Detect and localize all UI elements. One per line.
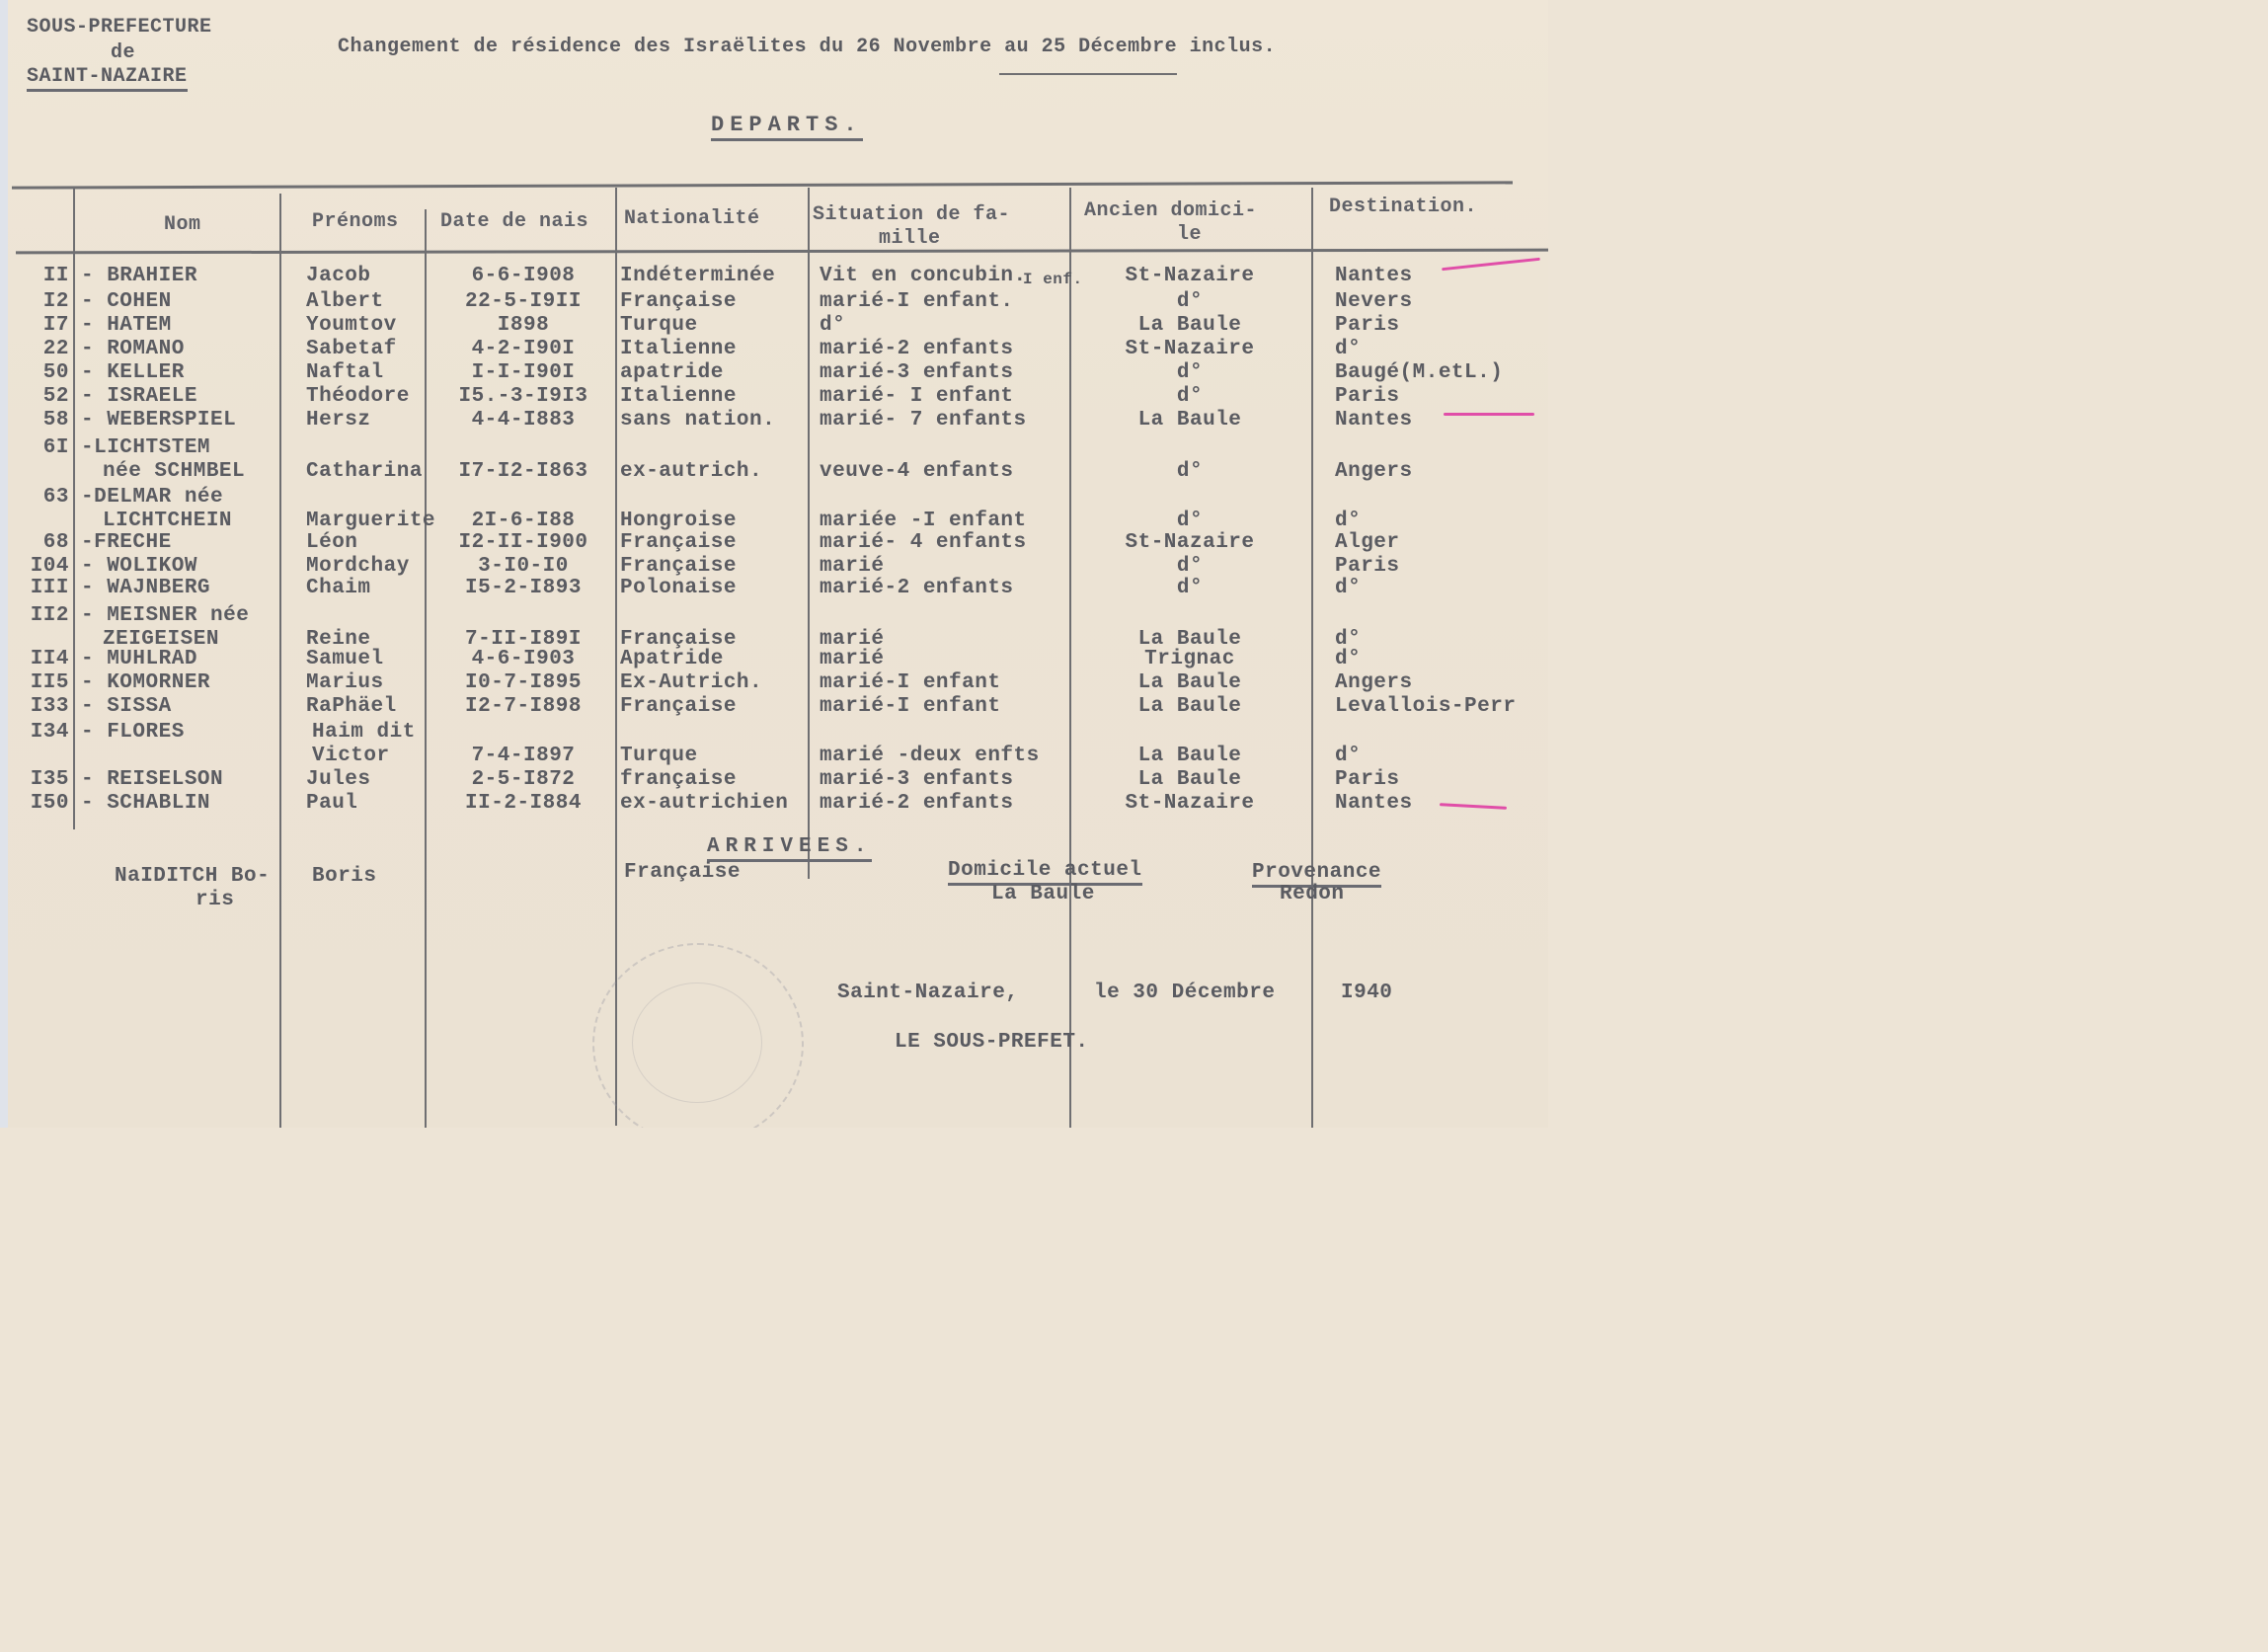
col-rule-1: [73, 188, 75, 829]
row-situation: marié-I enfant: [820, 695, 1000, 718]
row-number: I33: [0, 695, 69, 718]
row-number: III: [0, 577, 69, 599]
arrivee-domicile-value: La Baule: [991, 883, 1095, 905]
row-date: 4-4-I883: [434, 409, 612, 432]
row-nom: - HATEM: [81, 314, 172, 337]
row-nom: - KELLER: [81, 361, 185, 384]
row-number: I35: [0, 768, 69, 791]
row-prenoms-line-2: Victor: [312, 745, 390, 767]
row-nom: - WEBERSPIEL: [81, 409, 236, 432]
row-date: 3-I0-I0: [434, 555, 612, 578]
arrivee-domicile-label: Domicile actuel: [948, 859, 1142, 882]
footer-place: Saint-Nazaire,: [837, 982, 1018, 1004]
pink-mark-2: [1444, 413, 1534, 416]
row-ancien: La Baule: [1076, 768, 1303, 791]
col-rule-5: [808, 188, 810, 879]
row-nom: -LICHTSTEM: [81, 436, 210, 459]
row-date: I2-II-I900: [434, 531, 612, 554]
row-date: 4-6-I903: [434, 648, 612, 670]
row-prenoms: RaPhäel: [306, 695, 397, 718]
row-nom: - REISELSON: [81, 768, 223, 791]
row-ancien: La Baule: [1076, 745, 1303, 767]
row-prenoms: Jacob: [306, 265, 371, 287]
row-number: II2: [0, 604, 69, 627]
row-ancien: La Baule: [1076, 314, 1303, 337]
row-nom: - MUHLRAD: [81, 648, 197, 670]
row-nationalite: Turque: [620, 314, 698, 337]
row-nationalite: Turque: [620, 745, 698, 767]
col-header-nom: Nom: [164, 213, 201, 236]
row-nationalite: Apatride: [620, 648, 724, 670]
row-ancien: St-Nazaire: [1076, 338, 1303, 360]
row-ancien: d°: [1076, 385, 1303, 408]
row-destination: Levallois-Perr: [1335, 695, 1516, 718]
arrivee-nom-1: NaIDITCH Bo-: [115, 865, 270, 888]
row-nom: - WOLIKOW: [81, 555, 197, 578]
row-nationalite: Française: [620, 290, 737, 313]
row-date: 6-6-I908: [434, 265, 612, 287]
row-number: I7: [0, 314, 69, 337]
row-number: 22: [0, 338, 69, 360]
row-ancien: La Baule: [1076, 671, 1303, 694]
row-situation: d°: [820, 314, 845, 337]
row-ancien: St-Nazaire: [1076, 531, 1303, 554]
col-header-destination: Destination.: [1329, 196, 1477, 218]
col-header-prenoms: Prénoms: [312, 210, 399, 233]
row-destination: Paris: [1335, 314, 1400, 337]
document-title: Changement de résidence des Israëlites d…: [338, 36, 1276, 58]
row-number: 6I: [0, 436, 69, 459]
row-ancien: St-Nazaire: [1076, 265, 1303, 287]
row-prenoms: Albert: [306, 290, 384, 313]
row-situation: marié: [820, 555, 885, 578]
row-date: I898: [434, 314, 612, 337]
row-nom: - COHEN: [81, 290, 172, 313]
col-header-date: Date de nais: [440, 210, 588, 233]
office-name-underlined: SAINT-NAZAIRE: [27, 65, 188, 92]
row-situation: marié-2 enfants: [820, 792, 1014, 815]
row-ancien: St-Nazaire: [1076, 792, 1303, 815]
row-nom-line-2: LICHTCHEIN: [103, 510, 232, 532]
row-situation: marié- I enfant: [820, 385, 1014, 408]
row-nom: - SISSA: [81, 695, 172, 718]
row-prenoms: Chaim: [306, 577, 371, 599]
row-nationalite: ex-autrich.: [620, 460, 762, 483]
row-date: I0-7-I895: [434, 671, 612, 694]
row-date: 2-5-I872: [434, 768, 612, 791]
section-arrivees-label: ARRIVEES.: [707, 835, 872, 862]
row-nom: - BRAHIER: [81, 265, 197, 287]
row-prenoms: Théodore: [306, 385, 410, 408]
arrivee-provenance-value: Redon: [1280, 883, 1345, 905]
section-departs: DEPARTS.: [711, 113, 863, 137]
row-prenoms: Haim dit: [312, 721, 416, 744]
row-ancien: Trignac: [1076, 648, 1303, 670]
row-ancien: d°: [1076, 460, 1303, 483]
arrivee-nom-2: ris: [196, 889, 234, 911]
row-situation: veuve-4 enfants: [820, 460, 1014, 483]
row-ancien: d°: [1076, 555, 1303, 578]
row-situation: marié- 4 enfants: [820, 531, 1027, 554]
row-prenoms: Hersz: [306, 409, 371, 432]
row-number: II: [0, 265, 69, 287]
row-nationalite: apatride: [620, 361, 724, 384]
row-number: 52: [0, 385, 69, 408]
col-rule-2: [279, 194, 281, 1128]
row-ancien: d°: [1076, 290, 1303, 313]
row-nom-line-2: née SCHMBEL: [103, 460, 245, 483]
row-nationalite: sans nation.: [620, 409, 775, 432]
row-nationalite: française: [620, 768, 737, 791]
col-header-nationalite: Nationalité: [624, 207, 760, 230]
col-header-ancien-2: le: [1177, 223, 1202, 246]
row-situation: marié-I enfant: [820, 671, 1000, 694]
row-situation: marié: [820, 648, 885, 670]
row-situation: mariée -I enfant: [820, 510, 1027, 532]
office-line-2: de: [111, 41, 135, 64]
row-destination: d°: [1335, 338, 1361, 360]
footer-date: le 30 Décembre: [1094, 982, 1275, 1004]
col-rule-7: [1311, 188, 1313, 1128]
document-page: [8, 0, 1548, 1128]
office-line-1: SOUS-PREFECTURE: [27, 16, 212, 39]
row-situation: marié-3 enfants: [820, 768, 1014, 791]
row-number: I2: [0, 290, 69, 313]
row-nationalite: Ex-Autrich.: [620, 671, 762, 694]
row-nationalite: Polonaise: [620, 577, 737, 599]
row-nom: -DELMAR née: [81, 486, 223, 509]
row-destination: Nantes: [1335, 409, 1413, 432]
row-nom: - ROMANO: [81, 338, 185, 360]
row-date: 4-2-I90I: [434, 338, 612, 360]
row-destination: Paris: [1335, 555, 1400, 578]
row-nom: - MEISNER née: [81, 604, 249, 627]
row-destination: d°: [1335, 577, 1361, 599]
row-number: 50: [0, 361, 69, 384]
office-line-3: SAINT-NAZAIRE: [27, 65, 188, 88]
row-destination: d°: [1335, 745, 1361, 767]
row-destination: Alger: [1335, 531, 1400, 554]
row-number: I04: [0, 555, 69, 578]
row-nationalite: Italienne: [620, 338, 737, 360]
row-date: II-2-I884: [434, 792, 612, 815]
title-underline: [999, 73, 1177, 75]
row-destination: d°: [1335, 510, 1361, 532]
row-prenoms: Paul: [306, 792, 357, 815]
row-number: 58: [0, 409, 69, 432]
row-nom: - FLORES: [81, 721, 185, 744]
row-prenoms: Mordchay: [306, 555, 410, 578]
footer-signature: LE SOUS-PREFET.: [895, 1031, 1089, 1054]
row-date: I7-I2-I863: [434, 460, 612, 483]
row-situation: marié-I enfant.: [820, 290, 1014, 313]
row-date: I5-2-I893: [434, 577, 612, 599]
row-situation: marié -deux enfts: [820, 745, 1040, 767]
row-nationalite: Française: [620, 555, 737, 578]
row-prenoms: Marguerite: [306, 510, 435, 532]
col-rule-3: [425, 209, 427, 1128]
section-arrivees: ARRIVEES.: [707, 835, 872, 858]
col-rule-6: [1069, 188, 1071, 1128]
row-destination: Angers: [1335, 460, 1413, 483]
row-number: II5: [0, 671, 69, 694]
row-number: II4: [0, 648, 69, 670]
row-situation: marié-3 enfants: [820, 361, 1014, 384]
row-nationalite: Hongroise: [620, 510, 737, 532]
row-nationalite: Indéterminée: [620, 265, 775, 287]
row-number: 68: [0, 531, 69, 554]
row-date: 2I-6-I88: [434, 510, 612, 532]
row-date: 22-5-I9II: [434, 290, 612, 313]
row-destination: Paris: [1335, 768, 1400, 791]
row-situation: Vit en concubin.: [820, 265, 1027, 287]
row-nom: - ISRAELE: [81, 385, 197, 408]
domicile-label-text: Domicile actuel: [948, 859, 1142, 886]
row-ancien: d°: [1076, 577, 1303, 599]
row-nationalite: Italienne: [620, 385, 737, 408]
row-nom: - WAJNBERG: [81, 577, 210, 599]
arrivee-provenance-label: Provenance: [1252, 861, 1381, 884]
row-prenoms: Léon: [306, 531, 357, 554]
row-situation: marié- 7 enfants: [820, 409, 1027, 432]
row-nom: - SCHABLIN: [81, 792, 210, 815]
row-prenoms: Catharina: [306, 460, 423, 483]
row-prenoms: Marius: [306, 671, 384, 694]
row-ancien: La Baule: [1076, 695, 1303, 718]
section-departs-label: DEPARTS.: [711, 113, 863, 141]
row-nom: -FRECHE: [81, 531, 172, 554]
col-header-ancien-1: Ancien domici-: [1084, 199, 1257, 222]
footer-year: I940: [1341, 982, 1392, 1004]
row-number: 63: [0, 486, 69, 509]
row-date: I-I-I90I: [434, 361, 612, 384]
col-header-situation-1: Situation de fa-: [813, 203, 1010, 226]
row-prenoms: Samuel: [306, 648, 384, 670]
row-prenoms: Youmtov: [306, 314, 397, 337]
row-ancien: La Baule: [1076, 409, 1303, 432]
row-date: 7-4-I897: [434, 745, 612, 767]
row-ancien: d°: [1076, 510, 1303, 532]
row-date: I2-7-I898: [434, 695, 612, 718]
row-nationalite: Française: [620, 531, 737, 554]
row-ancien: d°: [1076, 361, 1303, 384]
row-destination: Nevers: [1335, 290, 1413, 313]
row-nationalite: ex-autrichien: [620, 792, 788, 815]
row-destination: Paris: [1335, 385, 1400, 408]
row-nom: - KOMORNER: [81, 671, 210, 694]
row-situation-note: I enf.: [1023, 271, 1083, 288]
row-situation: marié-2 enfants: [820, 338, 1014, 360]
row-destination: Angers: [1335, 671, 1413, 694]
row-number: I34: [0, 721, 69, 744]
row-destination: Baugé(M.etL.): [1335, 361, 1503, 384]
arrivee-prenoms: Boris: [312, 865, 377, 888]
row-date: I5.-3-I9I3: [434, 385, 612, 408]
arrivee-nationalite: Française: [624, 861, 741, 884]
row-prenoms: Sabetaf: [306, 338, 397, 360]
col-header-situation-2: mille: [879, 227, 941, 250]
row-situation: marié-2 enfants: [820, 577, 1014, 599]
row-number: I50: [0, 792, 69, 815]
row-destination: Nantes: [1335, 792, 1413, 815]
row-prenoms: Jules: [306, 768, 371, 791]
official-stamp-inner: [632, 983, 762, 1103]
row-nationalite: Française: [620, 695, 737, 718]
row-prenoms: Naftal: [306, 361, 384, 384]
row-destination: Nantes: [1335, 265, 1413, 287]
row-destination: d°: [1335, 648, 1361, 670]
